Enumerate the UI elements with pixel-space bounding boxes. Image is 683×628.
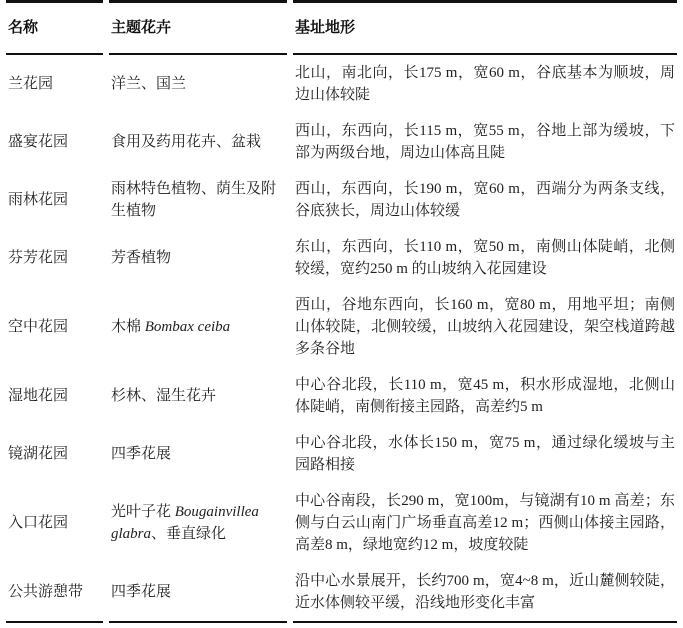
terrain-cell: 东山，东西向，长110 m，宽50 m，南侧山体陡峭，北侧较缓，宽约250 m …	[293, 229, 677, 287]
garden-name-cell: 雨林花园	[6, 171, 103, 229]
garden-name-cell: 入口花园	[6, 483, 103, 563]
terrain-cell: 沿中心水景展开，长约700 m，宽4~8 m，近山麓侧较陡，近水体侧较平缓，沿线…	[293, 563, 677, 623]
header-site-terrain: 基址地形	[293, 0, 677, 55]
terrain-cell: 中心谷南段，长290 m，宽100m，与镜湖有10 m 高差；东侧与白云山南门广…	[293, 483, 677, 563]
garden-name-cell: 芬芳花园	[6, 229, 103, 287]
flowers-chinese-text: 木棉	[111, 319, 145, 335]
table-row: 镜湖花园 四季花展 中心谷北段，水体长150 m，宽75 m，通过绿化缓坡与主园…	[6, 425, 677, 483]
theme-flowers-cell: 洋兰、国兰	[109, 55, 287, 113]
table-row: 芬芳花园 芳香植物 东山，东西向，长110 m，宽50 m，南侧山体陡峭，北侧较…	[6, 229, 677, 287]
flowers-chinese-text: 、垂直绿化	[151, 526, 226, 542]
terrain-cell: 西山，东西向，长115 m，宽55 m，谷地上部为缓坡，下部为两级台地，周边山体…	[293, 113, 677, 171]
table-row: 盛宴花园 食用及药用花卉、盆栽 西山，东西向，长115 m，宽55 m，谷地上部…	[6, 113, 677, 171]
theme-flowers-cell: 杉林、湿生花卉	[109, 367, 287, 425]
terrain-cell: 西山，谷地东西向，长160 m，宽80 m，用地平坦；南侧山体较陡，北侧较缓，山…	[293, 287, 677, 367]
theme-flowers-cell: 木棉 Bombax ceiba	[109, 287, 287, 367]
terrain-cell: 中心谷北段，水体长150 m，宽75 m，通过绿化缓坡与主园路相接	[293, 425, 677, 483]
table-header: 名称 主题花卉 基址地形	[6, 0, 677, 55]
terrain-cell: 西山，东西向，长190 m，宽60 m，西端分为两条支线，谷底狭长，周边山体较缓	[293, 171, 677, 229]
garden-terrain-table: 名称 主题花卉 基址地形 兰花园 洋兰、国兰 北山，南北向，长175 m，宽60…	[0, 0, 683, 623]
garden-name-cell: 湿地花园	[6, 367, 103, 425]
theme-flowers-cell: 雨林特色植物、荫生及附生植物	[109, 171, 287, 229]
theme-flowers-cell: 芳香植物	[109, 229, 287, 287]
garden-name-cell: 镜湖花园	[6, 425, 103, 483]
header-row: 名称 主题花卉 基址地形	[6, 0, 677, 55]
header-theme-flowers: 主题花卉	[109, 0, 287, 55]
flowers-chinese-text: 光叶子花	[111, 504, 175, 520]
theme-flowers-cell: 食用及药用花卉、盆栽	[109, 113, 287, 171]
terrain-cell: 北山，南北向，长175 m，宽60 m，谷底基本为顺坡，周边山体较陡	[293, 55, 677, 113]
theme-flowers-cell: 四季花展	[109, 425, 287, 483]
table-row: 兰花园 洋兰、国兰 北山，南北向，长175 m，宽60 m，谷底基本为顺坡，周边…	[6, 55, 677, 113]
table-row: 入口花园 光叶子花 Bougainvillea glabra、垂直绿化 中心谷南…	[6, 483, 677, 563]
table-row: 湿地花园 杉林、湿生花卉 中心谷北段，长110 m，宽45 m，积水形成湿地，北…	[6, 367, 677, 425]
table-row: 雨林花园 雨林特色植物、荫生及附生植物 西山，东西向，长190 m，宽60 m，…	[6, 171, 677, 229]
garden-name-cell: 公共游憩带	[6, 563, 103, 623]
table-body: 兰花园 洋兰、国兰 北山，南北向，长175 m，宽60 m，谷底基本为顺坡，周边…	[6, 55, 677, 623]
terrain-cell: 中心谷北段，长110 m，宽45 m，积水形成湿地，北侧山体陡峭，南侧衔接主园路…	[293, 367, 677, 425]
header-name: 名称	[6, 0, 103, 55]
garden-name-cell: 盛宴花园	[6, 113, 103, 171]
garden-name-cell: 兰花园	[6, 55, 103, 113]
table-row: 空中花园 木棉 Bombax ceiba 西山，谷地东西向，长160 m，宽80…	[6, 287, 677, 367]
garden-name-cell: 空中花园	[6, 287, 103, 367]
theme-flowers-cell: 四季花展	[109, 563, 287, 623]
flowers-latin-name: Bombax ceiba	[145, 319, 230, 335]
table-row: 公共游憩带 四季花展 沿中心水景展开，长约700 m，宽4~8 m，近山麓侧较陡…	[6, 563, 677, 623]
theme-flowers-cell: 光叶子花 Bougainvillea glabra、垂直绿化	[109, 483, 287, 563]
